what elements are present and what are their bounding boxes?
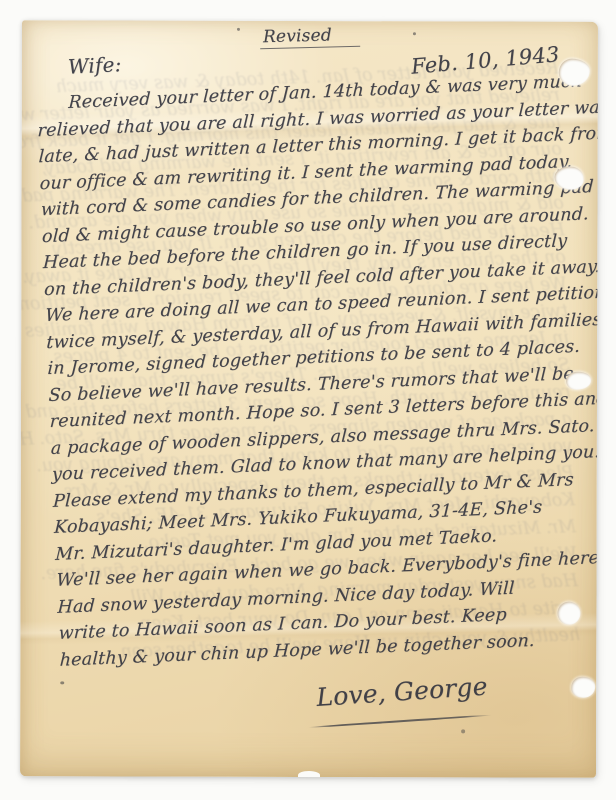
signature: Love, George: [315, 672, 488, 712]
scanned-letter: Received your letter of Jan. 14th today …: [0, 0, 616, 800]
ink-speck: [237, 28, 240, 31]
signature-flourish: [308, 714, 492, 728]
punch-hole: [557, 602, 580, 625]
punch-hole: [555, 167, 584, 190]
letter-body: Received your letter of Jan. 14th today …: [36, 68, 598, 674]
paper-tear-notch: [298, 771, 320, 778]
ink-speck: [461, 729, 465, 733]
ink-speck: [413, 32, 416, 35]
letter-title: Revised: [260, 25, 360, 50]
letter-salutation: Wife:: [67, 52, 122, 79]
punch-hole: [571, 677, 595, 698]
letter-paper: Received your letter of Jan. 14th today …: [20, 20, 598, 778]
ink-speck: [60, 681, 64, 684]
